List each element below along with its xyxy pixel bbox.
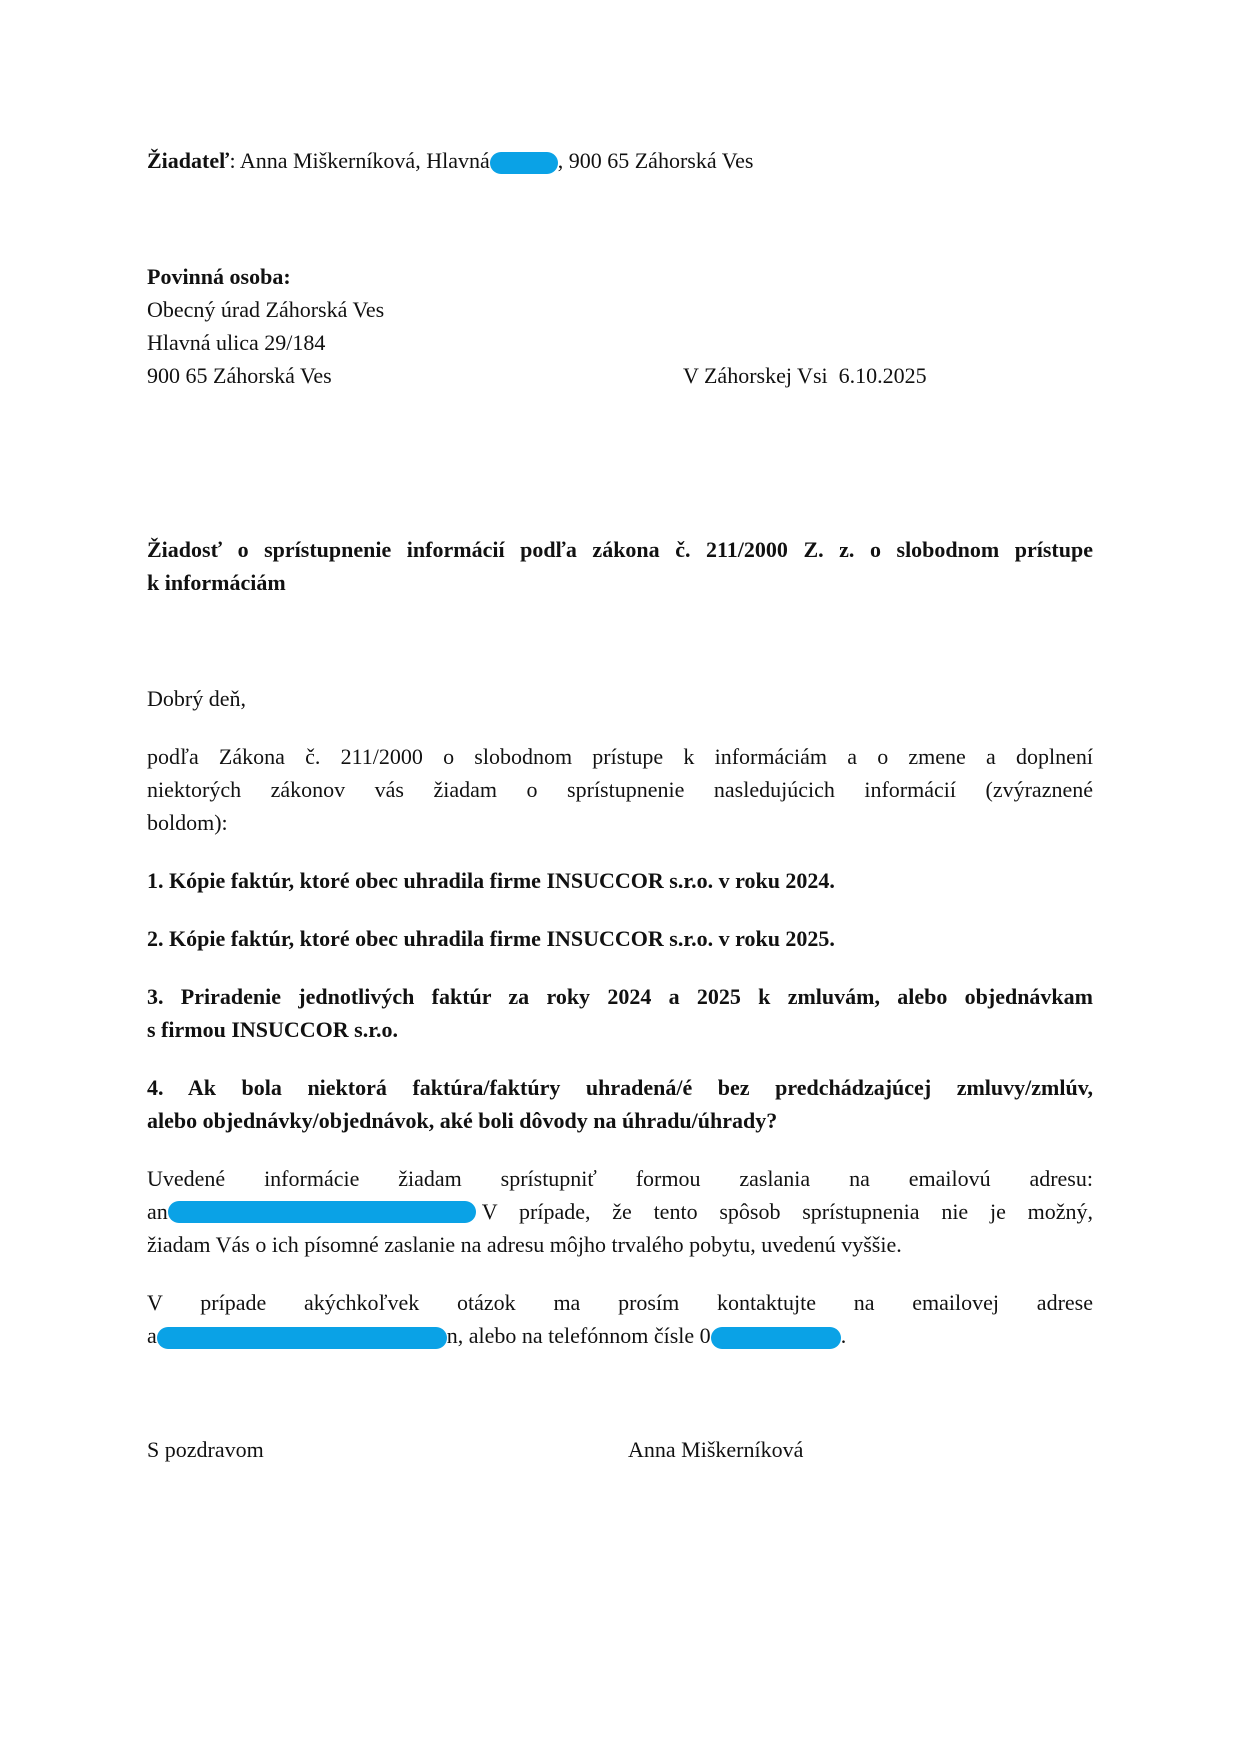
applicant-text: : Anna Miškerníková, Hlavná bbox=[229, 148, 489, 173]
obligated-entity-name: Obecný úrad Záhorská Ves bbox=[147, 297, 384, 323]
applicant-label: Žiadateľ bbox=[147, 148, 229, 173]
applicant-city: , 900 65 Záhorská Ves bbox=[558, 148, 754, 173]
request-3-line-2: s firmou INSUCCOR s.r.o. bbox=[147, 1017, 398, 1043]
request-4-line-2: alebo objednávky/objednávok, aké boli dô… bbox=[147, 1108, 777, 1134]
subject-line-1: Žiadosť o sprístupnenie informácií podľa… bbox=[147, 537, 1093, 563]
redaction-email bbox=[168, 1201, 476, 1223]
applicant-line: Žiadateľ: Anna Miškerníková, Hlavná, 900… bbox=[147, 148, 753, 174]
redaction-contact-email bbox=[157, 1327, 447, 1349]
request-4-line-1: 4. Ak bola niektorá faktúra/faktúry uhra… bbox=[147, 1075, 1093, 1101]
delivery-line-2: anV prípade, že tento spôsob sprístupnen… bbox=[147, 1199, 1093, 1225]
contact-line-2-end: . bbox=[841, 1323, 847, 1348]
place-date: V Záhorskej Vsi 6.10.2025 bbox=[683, 363, 927, 389]
contact-email-prefix: a bbox=[147, 1323, 157, 1348]
email-prefix: an bbox=[147, 1199, 168, 1225]
obligated-entity-label: Povinná osoba: bbox=[147, 264, 291, 290]
contact-line-1: V prípade akýchkoľvek otázok ma prosím k… bbox=[147, 1290, 1093, 1316]
contact-line-2: an, alebo na telefónnom čísle 0. bbox=[147, 1323, 846, 1349]
obligated-entity-street: Hlavná ulica 29/184 bbox=[147, 330, 325, 356]
request-3-line-1: 3. Priradenie jednotlivých faktúr za rok… bbox=[147, 984, 1093, 1010]
request-2: 2. Kópie faktúr, ktoré obec uhradila fir… bbox=[147, 926, 835, 952]
contact-line-2-text: n, alebo na telefónnom čísle 0 bbox=[447, 1323, 711, 1348]
subject-line-2: k informáciám bbox=[147, 570, 286, 596]
obligated-entity-city: 900 65 Záhorská Ves bbox=[147, 363, 332, 389]
intro-line-2: niektorých zákonov vás žiadam o sprístup… bbox=[147, 777, 1093, 803]
delivery-line-2-text: V prípade, že tento spôsob sprístupnenia… bbox=[482, 1199, 1093, 1225]
request-1: 1. Kópie faktúr, ktoré obec uhradila fir… bbox=[147, 868, 835, 894]
intro-line-1: podľa Zákona č. 211/2000 o slobodnom prí… bbox=[147, 744, 1093, 770]
closing: S pozdravom bbox=[147, 1437, 264, 1463]
delivery-line-1: Uvedené informácie žiadam sprístupniť fo… bbox=[147, 1166, 1093, 1192]
greeting: Dobrý deň, bbox=[147, 686, 246, 712]
signature: Anna Miškerníková bbox=[628, 1437, 803, 1463]
delivery-line-3: žiadam Vás o ich písomné zaslanie na adr… bbox=[147, 1232, 902, 1258]
redaction-phone bbox=[711, 1327, 841, 1349]
redaction-address bbox=[490, 152, 558, 174]
intro-line-3: boldom): bbox=[147, 810, 228, 836]
